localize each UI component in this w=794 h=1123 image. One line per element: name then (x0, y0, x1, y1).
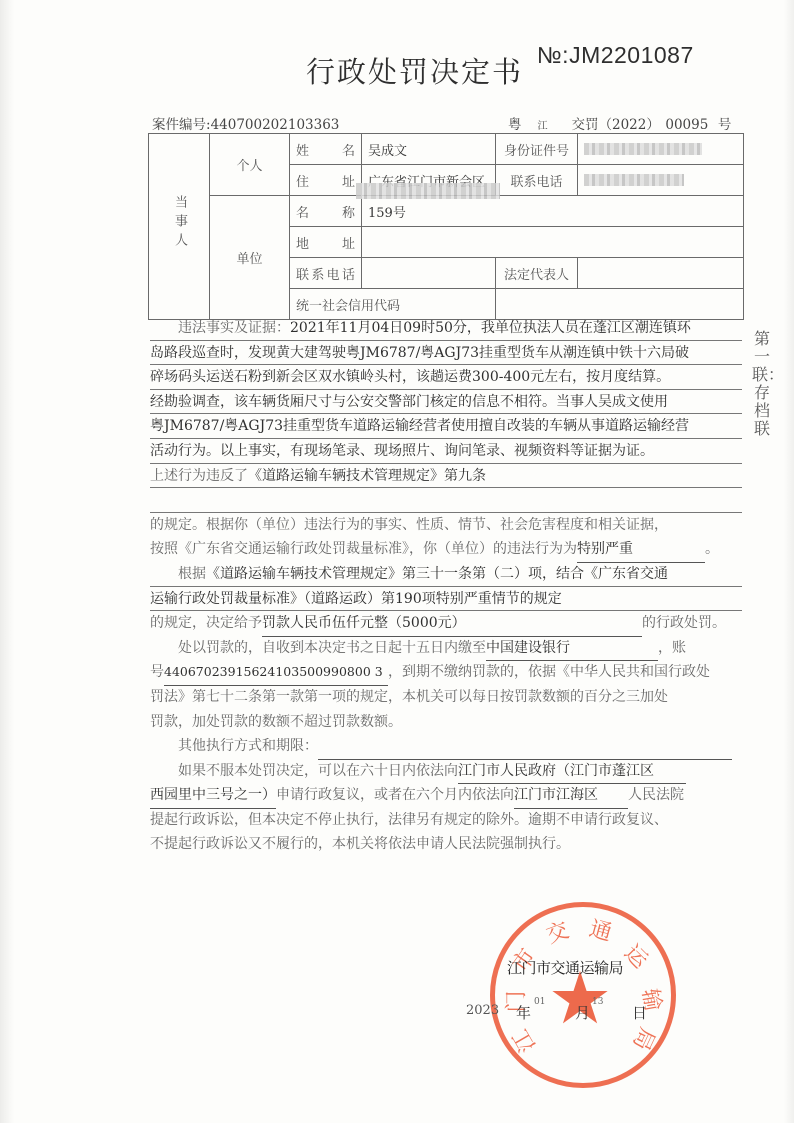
other-value (318, 734, 732, 760)
scan-edge-shadow-right (784, 0, 794, 1123)
facts-section: 违法事实及证据：2021年11月04日09时50分，我单位执法人员在蓬江区潮连镇… (150, 316, 742, 857)
date-year: 2023 (466, 1003, 499, 1018)
ref-mid: 交罚（ (572, 113, 613, 133)
payment-line: 罚款，加处罚款的数额不超过罚款数额。 (150, 710, 742, 735)
decision-suffix: 的行政处罚。 (642, 615, 726, 631)
account-label: ，账 (658, 640, 686, 656)
account-number: 44067023915624103500990800 3 (164, 660, 388, 686)
violation-cont-line: 的规定。根据你（单位）违法行为的事实、性质、情节、社会危害程度和相关证据， (150, 513, 742, 538)
unit-address-label: 地址 (290, 227, 362, 258)
phone-label: 联系电话 (496, 165, 578, 196)
basis-text: 运输行政处罚裁量标准》（道路运政）第190项特别严重情节的规定 (150, 591, 562, 607)
date-month-unit: 月 (575, 1002, 590, 1023)
date-month: 01 (534, 997, 545, 1007)
court-name: 江门市江海区 (514, 783, 628, 809)
facts-text: 岛路段巡查时，发现黄大建驾驶粤JM6787/粤AGJ73挂重型货车从潮连镇中铁十… (150, 345, 689, 361)
party-label: 当事人 (149, 134, 210, 320)
ref-prefix: 粤 (508, 113, 522, 133)
unit-name-value: 159号 (362, 196, 744, 227)
copy-designation: 第一联：存档联 (752, 330, 772, 438)
basis-line: 运输行政处罚裁量标准》（道路运政）第190项特别严重情节的规定 (150, 587, 742, 612)
facts-text: 2021年11月04日09时50分，我单位执法人员在蓬江区潮连镇环 (290, 320, 691, 336)
ref-prefix-fill: 江 (522, 117, 564, 134)
case-number: 案件编号:440700202103363 (152, 113, 339, 133)
scan-edge-shadow-left (0, 0, 14, 1123)
basis-line: 根据《道路运输车辆技术管理规定》第三十一条第（二）项，结合《广东省交通 (150, 562, 742, 587)
unit-label: 单位 (210, 196, 290, 320)
ref-suffix: 号 (718, 113, 732, 133)
ref-prefix-small: 江 (538, 121, 548, 132)
basis-label: 根据 (150, 566, 206, 582)
decision-line: 的规定，决定给予罚款人民币伍仟元整（5000元）的行政处罚。 (150, 611, 742, 636)
facts-text: 经勘验调查，该车辆货厢尺寸与公安交警部门核定的信息不相符。当事人吴成文使用 (150, 394, 668, 410)
payment-prefix: 处以罚款的，自收到本决定书之日起十五日内缴至 (150, 640, 486, 656)
facts-line: 活动行为。以上事实，有现场笔录、现场照片、询问笔录、视频资料等证据为证。 (150, 439, 742, 464)
id-number-value (578, 134, 744, 165)
violation-value: 《道路运输车辆技术管理规定》第九条 (248, 468, 486, 484)
account-label-2: 号 (150, 664, 164, 680)
legal-rep-label: 法定代表人 (496, 258, 578, 289)
unit-address-value (362, 227, 744, 258)
payment-line: 处以罚款的，自收到本决定书之日起十五日内缴至中国建设银行，账 (150, 636, 742, 661)
payment-text: ，到期不缴纳罚款的，依据《中华人民共和国行政处 (388, 664, 710, 680)
appeal-text: 不提起行政诉讼又不履行的，本机关将依法申请人民法院强制执行。 (150, 836, 570, 852)
violation-line: 上述行为违反了《道路运输车辆技术管理规定》第九条 (150, 464, 742, 489)
appeal-text: 提起行政诉讼，但本决定不停止执行，法律另有规定的除外。逾期不申请行政复议、 (150, 812, 668, 828)
appeal-line: 西园里中三号之一）申请行政复议，或者在六个月内依法向江门市江海区人民法院 (150, 783, 742, 808)
individual-label: 个人 (210, 134, 290, 196)
appeal-prefix: 如果不服本处罚决定，可以在六十日内依法向 (150, 763, 458, 779)
payment-line: 号44067023915624103500990800 3，到期不缴纳罚款的，依… (150, 660, 742, 685)
case-number-value: 440700202103363 (211, 117, 340, 133)
review-body-cont: 西园里中三号之一） (150, 783, 276, 809)
penalty-value: 罚款人民币伍仟元整（5000元） (262, 611, 642, 637)
unit-phone-value (362, 258, 496, 289)
date-day: 13 (592, 997, 603, 1007)
id-number-label: 身份证件号 (496, 134, 578, 165)
document-title: 行政处罚决定书 (306, 50, 523, 91)
reference-number: 粤 江 交罚（ 2022 ） 00095 号 (508, 113, 731, 134)
individual-name-label: 姓名 (290, 134, 362, 165)
redaction-block (584, 143, 702, 155)
severity-prefix: 按照《广东省交通运输行政处罚裁量标准》，你（单位）的违法行为为 (150, 541, 577, 557)
facts-line: 岛路段巡查时，发现黄大建驾驶粤JM6787/粤AGJ73挂重型货车从潮连镇中铁十… (150, 341, 742, 366)
violation-cont-text: 的规定。根据你（单位）违法行为的事实、性质、情节、社会危害程度和相关证据， (150, 517, 668, 533)
unit-phone-label: 联系电话 (290, 258, 362, 289)
document-number: №:JM2201087 (537, 42, 694, 69)
payment-text: 罚法》第七十二条第一款第一项的规定，本机关可以每日按罚款数额的百分之三加处 (150, 689, 668, 705)
basis-text: 《道路运输车辆技术管理规定》第三十一条第（二）项，结合《广东省交通 (206, 566, 668, 582)
party-info-table: 当事人 个人 姓名 吴成文 身份证件号 住址 广东省江门市新会区 联系电话 单位… (148, 133, 744, 320)
case-number-label: 案件编号: (152, 117, 211, 133)
facts-text: 碎场码头运送石粉到新会区双水镇岭头村，该趟运费300-400元左右，按月度结算。 (150, 369, 670, 385)
redaction-block (356, 183, 500, 199)
individual-address-value: 广东省江门市新会区 (362, 165, 496, 196)
issuing-authority: 江门市交通运输局 (507, 957, 623, 978)
date-year-unit: 年 (516, 1002, 531, 1023)
facts-line: 碎场码头运送石粉到新会区双水镇岭头村，该趟运费300-400元左右，按月度结算。 (150, 365, 742, 390)
appeal-mid: 申请行政复议，或者在六个月内依法向 (276, 787, 514, 803)
redaction-block (584, 174, 684, 186)
ref-serial: 00095 (660, 117, 714, 134)
severity-line: 按照《广东省交通运输行政处罚裁量标准》，你（单位）的违法行为为特别严重。 (150, 537, 742, 562)
unit-name-label: 名称 (290, 196, 362, 227)
phone-value (578, 165, 744, 196)
facts-text: 活动行为。以上事实，有现场笔录、现场照片、询问笔录、视频资料等证据为证。 (150, 443, 654, 459)
facts-label: 违法事实及证据： (150, 320, 290, 336)
payment-text: 罚款，加处罚款的数额不超过罚款数额。 (150, 714, 402, 730)
official-seal: ★ 市 交 通 运 输 局 门 江 (490, 902, 676, 1088)
credit-code-value (496, 289, 744, 320)
blank-line (150, 488, 742, 513)
decision-prefix: 的规定，决定给予 (150, 615, 262, 631)
party-label-text: 当事人 (169, 195, 189, 252)
facts-line: 经勘验调查，该车辆货厢尺寸与公安交警部门核定的信息不相符。当事人吴成文使用 (150, 390, 742, 415)
individual-name-value: 吴成文 (362, 134, 496, 165)
severity-suffix: 。 (705, 541, 719, 557)
date-day-unit: 日 (632, 1002, 647, 1023)
legal-rep-value (578, 258, 744, 289)
other-label: 其他执行方式和期限： (150, 738, 318, 754)
facts-line: 违法事实及证据：2021年11月04日09时50分，我单位执法人员在蓬江区潮连镇… (150, 316, 742, 341)
individual-address-label: 住址 (290, 165, 362, 196)
other-line: 其他执行方式和期限： (150, 734, 742, 759)
review-body: 江门市人民政府（江门市蓬江区 (458, 759, 686, 785)
appeal-line: 提起行政诉讼，但本决定不停止执行，法律另有规定的除外。逾期不申请行政复议、 (150, 808, 742, 833)
appeal-line: 不提起行政诉讼又不履行的，本机关将依法申请人民法院强制执行。 (150, 832, 742, 857)
severity-value: 特别严重 (577, 537, 705, 563)
bank-name: 中国建设银行 (486, 636, 658, 662)
payment-line: 罚法》第七十二条第一款第一项的规定，本机关可以每日按罚款数额的百分之三加处 (150, 685, 742, 710)
ref-year: 2022 (612, 117, 646, 133)
appeal-line: 如果不服本处罚决定，可以在六十日内依法向江门市人民政府（江门市蓬江区 (150, 759, 742, 784)
violation-label: 上述行为违反了 (150, 468, 248, 484)
credit-code-label: 统一社会信用代码 (290, 289, 496, 320)
facts-line: 粤JM6787/粤AGJ73挂重型货车道路运输经营者使用擅自改装的车辆从事道路运… (150, 414, 742, 439)
court-suffix: 人民法院 (628, 787, 684, 803)
ref-close: ） (646, 113, 660, 133)
facts-text: 粤JM6787/粤AGJ73挂重型货车道路运输经营者使用擅自改装的车辆从事道路运… (150, 418, 689, 434)
